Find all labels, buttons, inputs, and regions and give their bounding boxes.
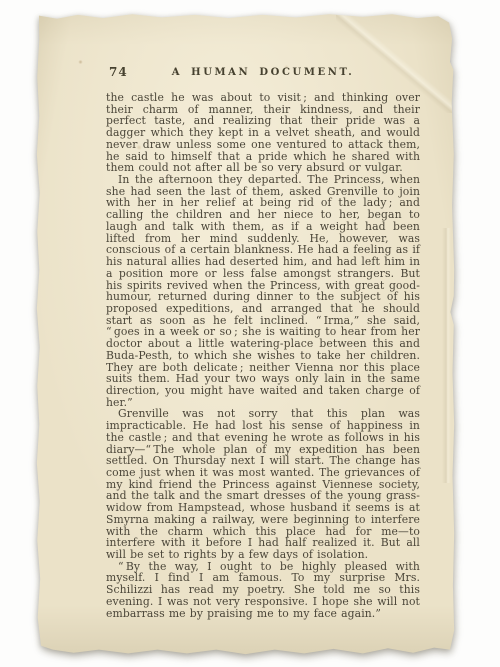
page-number: 74: [109, 65, 128, 79]
page-text: the castle he was about to visit ; and t…: [106, 92, 420, 619]
paragraph: “ By the way, I ought to be highly pleas…: [106, 561, 420, 620]
foxing-spot: [78, 60, 83, 64]
paragraph: the castle he was about to visit ; and t…: [106, 92, 420, 174]
running-title: A HUMAN DOCUMENT.: [106, 65, 420, 78]
book-page-paper: 74 A HUMAN DOCUMENT. the castle he was a…: [36, 13, 455, 656]
page-header: 74 A HUMAN DOCUMENT.: [106, 65, 420, 80]
scanned-book-page: 74 A HUMAN DOCUMENT. the castle he was a…: [0, 0, 500, 667]
paragraph: In the afternoon they departed. The Prin…: [106, 174, 420, 408]
edge-crease: [442, 228, 451, 483]
paragraph: Grenville was not sorry that this plan w…: [106, 408, 420, 560]
paper-shadow: 74 A HUMAN DOCUMENT. the castle he was a…: [36, 13, 455, 656]
